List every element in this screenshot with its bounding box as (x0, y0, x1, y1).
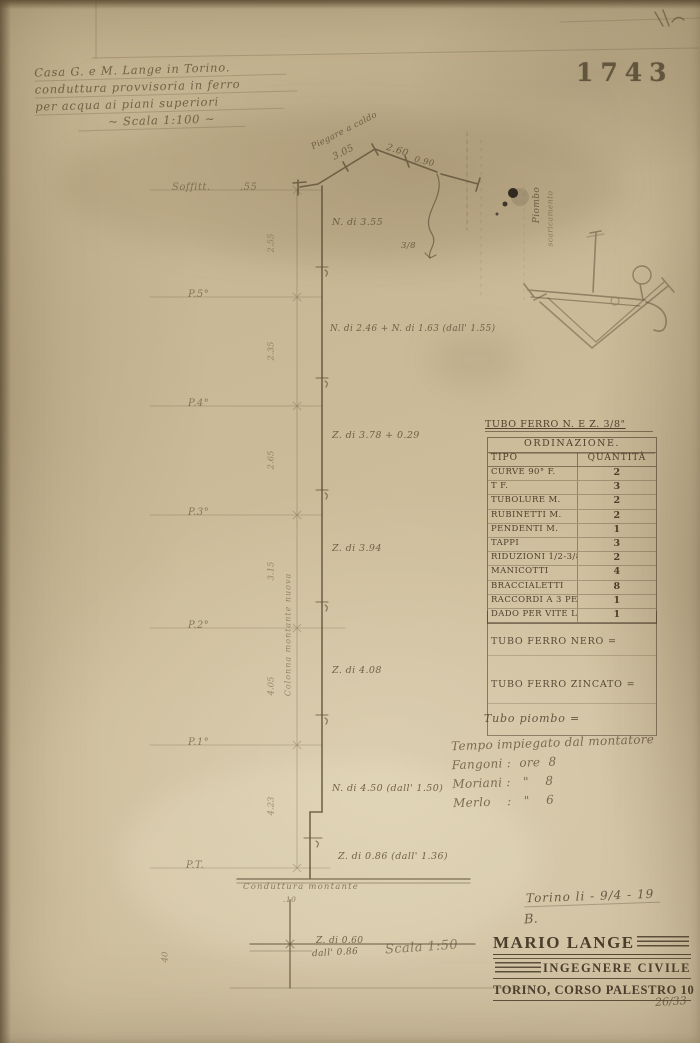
fitting-marks (304, 267, 328, 847)
row-qty: 3 (578, 481, 656, 494)
paper-edge-top (0, 0, 700, 9)
pipe-length-label: Z. di 3.78 + 0.29 (332, 430, 420, 441)
engineer-stamp: MARIO LANGE INGEGNERE CIVILE TORINO, COR… (493, 933, 691, 1003)
row-qty: 2 (578, 552, 656, 565)
floor-height-dim: 2.65 (266, 451, 276, 470)
table-row: Tubolure M.2 (488, 495, 656, 509)
col-header-tipo: Tipo (488, 453, 578, 466)
engineer-profession: INGEGNERE CIVILE (543, 961, 691, 976)
floor-label-p4: P.4° (188, 398, 209, 409)
row-qty: 1 (578, 524, 656, 537)
order-table-header: Tipo Quantità (488, 453, 656, 467)
pipe-bend-sketch (534, 278, 674, 348)
floor-height-dim: 2.55 (266, 234, 276, 253)
floor-label-soffitta: Soffitt. (172, 182, 211, 193)
floor-height-dim: 4.05 (266, 677, 276, 696)
detail-1-50 (230, 900, 530, 988)
row-qty: 2 (578, 467, 656, 480)
row-type: Curve 90° F. (488, 467, 578, 480)
pt-offset-dim: .10 (283, 895, 296, 904)
pipe-length-label: Z. di 3.94 (332, 543, 382, 554)
engineer-name: MARIO LANGE (493, 933, 635, 953)
pipe-length-label: N. di 3.55 (332, 217, 383, 228)
row-type: Tappi (488, 538, 578, 551)
title-block: Casa G. e M. Lange in Torino. conduttura… (34, 58, 298, 133)
floor-label-p1: P.1° (188, 737, 209, 748)
signature-initial: B. (523, 912, 538, 928)
scale-note: ~ Scala 1:100 ~ (78, 111, 246, 132)
pipe-length-label: Z. di 4.08 (332, 665, 382, 676)
table-row: Pendenti M.1 (488, 524, 656, 538)
floor-label-p2: P.2° (188, 620, 209, 631)
soffit-offset-dim: .55 (240, 182, 257, 193)
row-type: Braccialetti (488, 581, 578, 594)
sheet-number: 26/33 (655, 994, 687, 1009)
pipe-length-label: N. di 2.46 + N. di 1.63 (dall' 1.55) (330, 324, 495, 334)
row-type: Riduzioni 1/2-3/8 (488, 552, 578, 565)
stamp-rule (493, 978, 691, 979)
lead-pipe-sublabel: scaricamento (546, 184, 555, 254)
row-type: Tubolure M. (488, 495, 578, 508)
lead-pipe-label: Piombo (532, 175, 542, 235)
stamp-rule (493, 954, 691, 959)
row-qty: 4 (578, 566, 656, 579)
table-row: Riduzioni 1/2-3/82 (488, 552, 656, 566)
floor-height-dim: 2.35 (266, 342, 276, 361)
row-type: Manicotti (488, 566, 578, 579)
floor-height-dim: 3.15 (266, 562, 276, 581)
section-ferro-zincato: Tubo ferro zincato = (491, 679, 635, 690)
stamp-rule-lines (495, 962, 541, 976)
section-ferro-nero: Tubo ferro nero = (491, 636, 617, 647)
section-piombo: Tubo piombo = (484, 712, 580, 725)
row-type: Raccordi a 3 pezzi (488, 595, 578, 608)
fitter-time-notes: Tempo impiegato dal montatore Fangoni : … (451, 729, 694, 813)
row-qty: 1 (578, 595, 656, 608)
order-table-extension: Tubo ferro nero = Tubo ferro zincato = T… (487, 611, 657, 736)
order-table-title: Ordinazione. (488, 438, 656, 453)
row-qty: 8 (578, 581, 656, 594)
row-type: T F. (488, 481, 578, 494)
row-type: Rubinetti M. (488, 510, 578, 523)
stamp-rule-lines (637, 936, 689, 950)
table-row: Manicotti4 (488, 566, 656, 580)
pipe-spec-note: Tubo ferro n. e z. 3/8" (485, 419, 653, 432)
row-qty: 3 (578, 538, 656, 551)
table-row: Tappi3 (488, 538, 656, 552)
pipe-length-label: Z. di 0.86 (dall' 1.36) (338, 851, 448, 862)
table-row: Braccialetti8 (488, 581, 656, 595)
floor-label-p3: P.3° (188, 507, 209, 518)
floor-height-dim: 4.23 (266, 797, 276, 816)
paper-edge-left (0, 0, 11, 1043)
tap-size-label: 3/8 (401, 241, 416, 251)
col-header-quantita: Quantità (578, 453, 656, 466)
table-row: Rubinetti M.2 (488, 510, 656, 524)
order-table: Ordinazione. Tipo Quantità Curve 90° F.2… (487, 437, 657, 624)
riser-column-label: Colonna montante nuova (284, 555, 293, 715)
table-row: T F.3 (488, 481, 656, 495)
row-type: Pendenti M. (488, 524, 578, 537)
floor-label-p5: P.5° (188, 289, 209, 300)
pipe-length-label: N. di 4.50 (dall' 1.50) (332, 783, 443, 794)
row-qty: 2 (578, 510, 656, 523)
dimension-chain (293, 186, 301, 872)
detail-z-label: Z. di 0.60 (316, 936, 363, 946)
drawing-sheet: Casa G. e M. Lange in Torino. conduttura… (0, 0, 700, 1043)
bottom-left-dim: 40 (160, 952, 170, 963)
table-row: Curve 90° F.2 (488, 467, 656, 481)
sheet-stamp-number: 1743 (576, 58, 674, 87)
floor-label-pt: P.T. (186, 860, 204, 871)
corner-scribble-icon (655, 10, 684, 26)
flexible-tube (428, 174, 439, 258)
table-row: Raccordi a 3 pezzi1 (488, 595, 656, 609)
row-qty: 2 (578, 495, 656, 508)
conduit-label: Conduttura montante (243, 882, 359, 892)
